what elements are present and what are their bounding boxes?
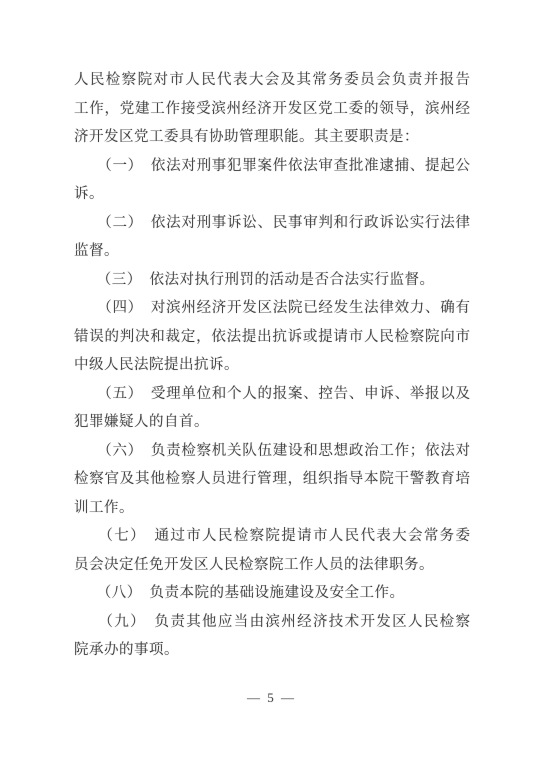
text-line: （一） 依法对刑事犯罪案件依法审查批准逮捕、提起公 [74, 152, 470, 181]
text-line: 犯罪嫌疑人的自首。 [74, 408, 470, 437]
text-line: （六） 负责检察机关队伍建设和思想政治工作；依法对 [74, 437, 470, 466]
text-line: 人民检察院对市人民代表大会及其常务委员会负责并报告 [74, 66, 470, 95]
text-line: （三） 依法对执行刑罚的活动是否合法实行监督。 [74, 266, 470, 295]
text-line: （九） 负责其他应当由滨州经济技术开发区人民检察 [74, 608, 470, 637]
text-line: 监督。 [74, 237, 470, 266]
text-line: （四） 对滨州经济开发区法院已经发生法律效力、确有 [74, 294, 470, 323]
document-page: 人民检察院对市人民代表大会及其常务委员会负责并报告工作，党建工作接受滨州经济开发… [0, 0, 543, 768]
text-line: 济开发区党工委具有协助管理职能。其主要职责是： [74, 123, 470, 152]
text-line: 院承办的事项。 [74, 636, 470, 665]
page-number: — 5 — [0, 690, 543, 706]
text-line: 错误的判决和裁定，依法提出抗诉或提请市人民检察院向市 [74, 323, 470, 352]
text-line: 检察官及其他检察人员进行管理，组织指导本院干警教育培 [74, 465, 470, 494]
text-line: （八） 负责本院的基础设施建设及安全工作。 [74, 579, 470, 608]
text-line: 训工作。 [74, 494, 470, 523]
text-block: 人民检察院对市人民代表大会及其常务委员会负责并报告工作，党建工作接受滨州经济开发… [74, 66, 470, 665]
text-line: （二） 依法对刑事诉讼、民事审判和行政诉讼实行法律 [74, 209, 470, 238]
text-line: 员会决定任免开发区人民检察院工作人员的法律职务。 [74, 551, 470, 580]
text-line: 中级人民法院提出抗诉。 [74, 351, 470, 380]
text-line: （七） 通过市人民检察院提请市人民代表大会常务委 [74, 522, 470, 551]
text-line: （五） 受理单位和个人的报案、控告、申诉、举报以及 [74, 380, 470, 409]
text-line: 诉。 [74, 180, 470, 209]
text-line: 工作，党建工作接受滨州经济开发区党工委的领导，滨州经 [74, 95, 470, 124]
